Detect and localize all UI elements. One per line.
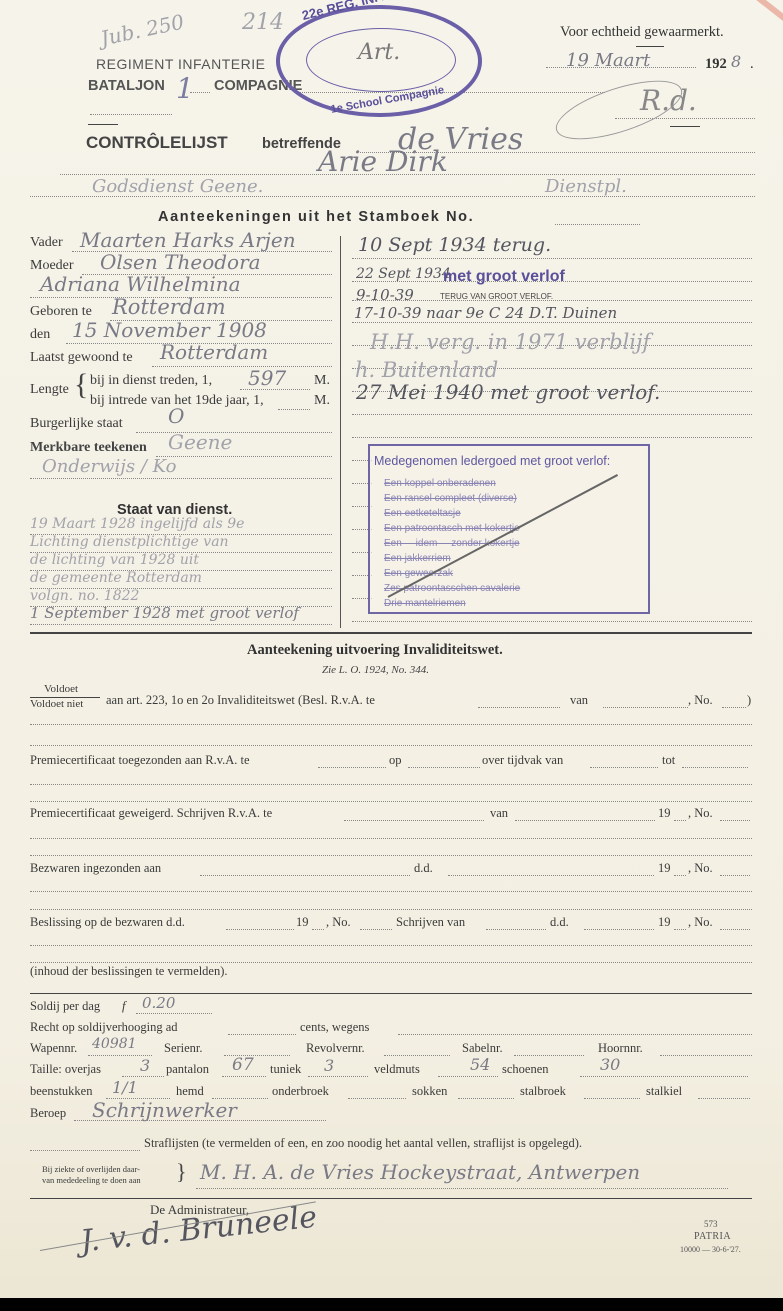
note-7: 27 Mei 1940 met groot verlof. (356, 380, 660, 404)
inhoud-note: (inhoud der beslissingen te vermelden). (30, 964, 228, 979)
control-list-title: CONTRÔLELIJST (86, 133, 228, 153)
handwritten-number: 214 (242, 10, 284, 35)
laatst-gewoond-value: Rotterdam (160, 340, 268, 364)
bataljon-value: 1 (176, 72, 194, 105)
invaliditeit-heading: Aanteekening uitvoering Invaliditeitswet… (247, 642, 503, 659)
ledger-item: Een ransel compleet (diverse) (384, 493, 517, 504)
pantalon-value: 67 (232, 1055, 254, 1075)
beenstukken-value: 1/1 (112, 1078, 138, 1097)
merkbare-teekenen-label: Merkbare teekenen (30, 440, 147, 456)
lengte-label: Lengte (30, 382, 69, 398)
staat-line-6: 1 September 1928 met groot verlof (30, 604, 299, 622)
handwritten-jub-note: Jub. 250 (98, 9, 186, 50)
note-5: H.H. verg. in 1971 verblijf (370, 330, 650, 354)
print-run: 10000 — 30-6-'27. (680, 1245, 741, 1254)
tuniek-value: 3 (324, 1056, 334, 1075)
auth-year-prefix: 192 (705, 56, 727, 73)
ledger-item: Een eetketeltasje (384, 508, 461, 519)
den-label: den (30, 327, 50, 343)
red-pencil-mark (745, 0, 783, 28)
ledger-title: Medegenomen ledergoed met groot verlof: (374, 454, 610, 468)
staat-line-1: 19 Maart 1928 ingelijfd als 9e (30, 516, 244, 532)
given-names-value: Arie Dirk (318, 145, 448, 178)
staat-line-4: de gemeente Rotterdam (30, 570, 202, 586)
auth-date: 19 Maart (566, 50, 650, 71)
groot-verlof-stamp: met groot verlof (443, 268, 565, 286)
ledger-item: Een geweerzak (384, 568, 453, 579)
bataljon-label: BATALJON (88, 78, 165, 94)
burgerlijke-staat-label: Burgerlijke staat (30, 416, 123, 432)
ledger-item: Een jakkerriem (384, 553, 451, 564)
soldij-label: Soldij per dag (30, 999, 100, 1014)
geboren-value: Rotterdam (112, 295, 226, 319)
vader-label: Vader (30, 235, 63, 251)
wapennr-value: 40981 (92, 1036, 137, 1052)
ledger-item: Een patroontasch met kokertje (384, 523, 520, 534)
printer-name: PATRIA (694, 1231, 731, 1242)
stamp-center-text: Art. (358, 40, 400, 65)
notify-contact-value: M. H. A. de Vries Hockeystraat, Antwerpe… (200, 1160, 640, 1184)
vader-value: Maarten Harks Arjen (80, 228, 296, 252)
geboren-date-value: 15 November 1908 (72, 318, 267, 342)
merkbare-teekenen-value: Geene (168, 430, 232, 454)
ledger-item: Drie mantelriemen (384, 598, 466, 609)
regiment-label: REGIMENT INFANTERIE (96, 56, 265, 72)
moeder-value: Olsen Theodora (100, 250, 261, 274)
terug-stamp: TERUG VAN GROOT VERLOF. (440, 292, 553, 301)
veldmuts-value: 54 (470, 1055, 490, 1074)
overjas-value: 3 (140, 1056, 150, 1075)
moeder-value-2: Adriana Wilhelmina (40, 272, 241, 296)
lengte-dienst-value: 597 (248, 366, 286, 390)
ledger-goods-stamp: Medegenomen ledergoed met groot verlof: … (368, 444, 650, 614)
ledger-item: Een idem zonder kokertje (384, 538, 520, 549)
invaliditeit-subheading: Zie L. O. 1924, No. 344. (322, 664, 429, 676)
staat-line-2: Lichting dienstplichtige van (30, 534, 229, 550)
straflijsten-note: Straflijsten (te vermelden of een, en zo… (144, 1136, 582, 1151)
note-6: h. Buitenland (355, 358, 498, 382)
control-list-document: Jub. 250 214 REGIMENT INFANTERIE BATALJO… (0, 0, 783, 1298)
stamboek-heading: Aanteekeningen uit het Stamboek No. (158, 209, 474, 225)
burgerlijke-staat-value: O (168, 404, 184, 428)
soldij-value: 0.20 (142, 994, 175, 1012)
note-2: 22 Sept 1934 (356, 266, 451, 282)
beroep-value: Schrijnwerker (92, 1098, 237, 1122)
auth-year-suffix: 8 (731, 52, 741, 71)
schoenen-value: 30 (600, 1055, 620, 1074)
print-number: 573 (704, 1219, 718, 1229)
ledger-item: Een koppel onberadenen (384, 478, 496, 489)
godsdienst-value: Godsdienst Geene. (92, 176, 263, 197)
staat-line-3: de lichting van 1928 uit (30, 552, 199, 568)
authenticity-label: Voor echtheid gewaarmerkt. (560, 24, 724, 41)
onderwijs-value: Onderwijs / Ko (42, 456, 176, 477)
dienstpl-value: Dienstpl. (545, 176, 627, 197)
laatst-gewoond-label: Laatst gewoond te (30, 350, 133, 366)
note-1: 10 Sept 1934 terug. (358, 234, 551, 256)
column-divider (340, 236, 341, 628)
note-4: 17-10-39 naar 9e C 24 D.T. Duinen (354, 304, 617, 322)
staat-line-5: volgn. no. 1822 (30, 588, 139, 604)
lengte-dienst-label: bij in dienst treden, 1, (90, 373, 212, 389)
note-3: 9-10-39 (356, 286, 414, 304)
